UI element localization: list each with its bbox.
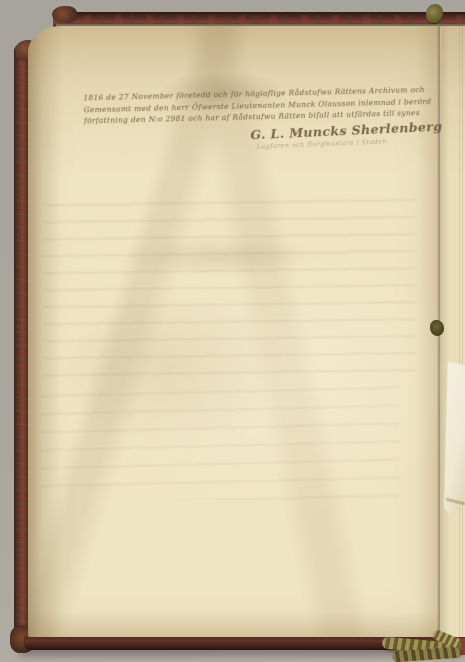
- paper-crease-shadow: [70, 300, 290, 450]
- top-left-leather-corner: [52, 6, 77, 23]
- scanned-book-page: 1816 de 27 November företedd och för hög…: [0, 0, 465, 662]
- page-stack-edge-texture: [459, 26, 465, 637]
- book-spine-left: [14, 44, 29, 648]
- binding-knot-middle: [430, 320, 444, 336]
- bookmark-cord: [378, 634, 465, 662]
- spine-marbling-texture: [16, 44, 27, 648]
- handwritten-inscription: 1816 de 27 November företedd och för hög…: [83, 84, 440, 154]
- ink-showthrough-smudge: [120, 238, 320, 274]
- top-edge-texture: [53, 15, 465, 24]
